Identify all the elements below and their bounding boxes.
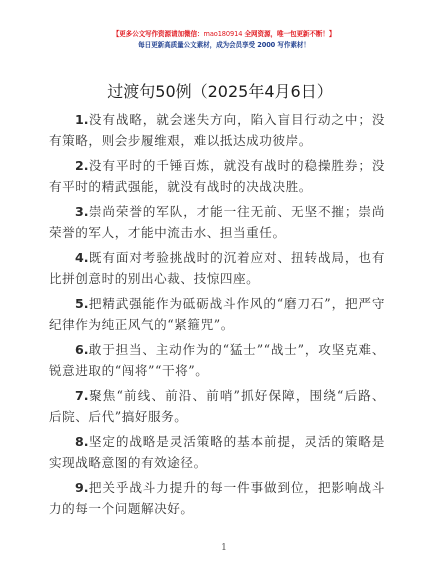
promo-line-1-suffix: 全网资源，唯一包更新不断！】 (242, 30, 335, 38)
paragraph-3: 3.崇尚荣誉的军队，才能一往无前、无坚不摧；崇尚荣誉的军人，才能中流击水、担当重… (49, 202, 385, 243)
paragraph-text: 敢于担当、主动作为的“猛士”“战士”，攻坚克难、锐意进取的“闯将”“干将”。 (49, 342, 385, 378)
promo-line-1-prefix: 【更多公文写作资源请加微信： (113, 30, 204, 38)
paragraph-text: 把关乎战斗力提升的每一件事做到位，把影响战斗力的每一个问题解决好。 (49, 480, 385, 516)
paragraph-number: 4. (75, 250, 89, 265)
paragraph-4: 4.既有面对考验挑战时的沉着应对、扭转战局，也有比拼创意时的别出心裁、技惊四座。 (49, 248, 385, 289)
promo-line-1: 【更多公文写作资源请加微信：mao180914 全网资源，唯一包更新不断！】 (0, 29, 448, 40)
paragraph-number: 8. (75, 434, 89, 449)
paragraph-text: 没有平时的千锤百炼，就没有战时的稳操胜券；没有平时的精武强能，就没有战时的决战决… (49, 158, 385, 194)
paragraph-text: 坚定的战略是灵活策略的基本前提，灵活的策略是实现战略意图的有效途径。 (49, 434, 385, 470)
paragraph-9: 9.把关乎战斗力提升的每一件事做到位，把影响战斗力的每一个问题解决好。 (49, 478, 385, 519)
paragraph-1: 1.没有战略，就会迷失方向，陷入盲目行动之中；没有策略，则会步履维艰，难以抵达成… (49, 110, 385, 151)
promo-line-2: 每日更新高质量公文素材，成为会员享受 2000 写作素材！ (0, 40, 448, 51)
paragraph-number: 1. (75, 112, 89, 127)
paragraph-number: 5. (75, 296, 89, 311)
paragraph-text: 既有面对考验挑战时的沉着应对、扭转战局，也有比拼创意时的别出心裁、技惊四座。 (49, 250, 385, 286)
paragraph-text: 没有战略，就会迷失方向，陷入盲目行动之中；没有策略，则会步履维艰，难以抵达成功彼… (49, 112, 385, 148)
paragraph-2: 2.没有平时的千锤百炼，就没有战时的稳操胜券；没有平时的精武强能，就没有战时的决… (49, 156, 385, 197)
wechat-id: mao180914 (204, 30, 243, 38)
document-title: 过渡句50例（2025年4月6日） (0, 80, 440, 104)
paragraph-text: 崇尚荣誉的军队，才能一往无前、无坚不摧；崇尚荣誉的军人，才能中流击水、担当重任。 (49, 204, 385, 240)
paragraph-number: 9. (75, 480, 89, 495)
paragraph-7: 7.聚焦“前线、前沿、前哨”抓好保障，围绕“后路、后院、后代”搞好服务。 (49, 386, 385, 427)
promo-header: 【更多公文写作资源请加微信：mao180914 全网资源，唯一包更新不断！】 每… (0, 29, 448, 51)
paragraph-number: 3. (75, 204, 89, 219)
page-number: 1 (0, 543, 448, 553)
paragraph-number: 7. (75, 388, 89, 403)
paragraph-6: 6.敢于担当、主动作为的“猛士”“战士”，攻坚克难、锐意进取的“闯将”“干将”。 (49, 340, 385, 381)
paragraph-text: 把精武强能作为砥砺战斗作风的“磨刀石”，把严守纪律作为纯正风气的“紧箍咒”。 (49, 296, 385, 332)
paragraph-text: 聚焦“前线、前沿、前哨”抓好保障，围绕“后路、后院、后代”搞好服务。 (49, 388, 385, 424)
document-body: 1.没有战略，就会迷失方向，陷入盲目行动之中；没有策略，则会步履维艰，难以抵达成… (49, 110, 385, 524)
paragraph-number: 6. (75, 342, 89, 357)
document-page: 【更多公文写作资源请加微信：mao180914 全网资源，唯一包更新不断！】 每… (0, 0, 448, 580)
paragraph-5: 5.把精武强能作为砥砺战斗作风的“磨刀石”，把严守纪律作为纯正风气的“紧箍咒”。 (49, 294, 385, 335)
paragraph-number: 2. (75, 158, 89, 173)
paragraph-8: 8.坚定的战略是灵活策略的基本前提，灵活的策略是实现战略意图的有效途径。 (49, 432, 385, 473)
